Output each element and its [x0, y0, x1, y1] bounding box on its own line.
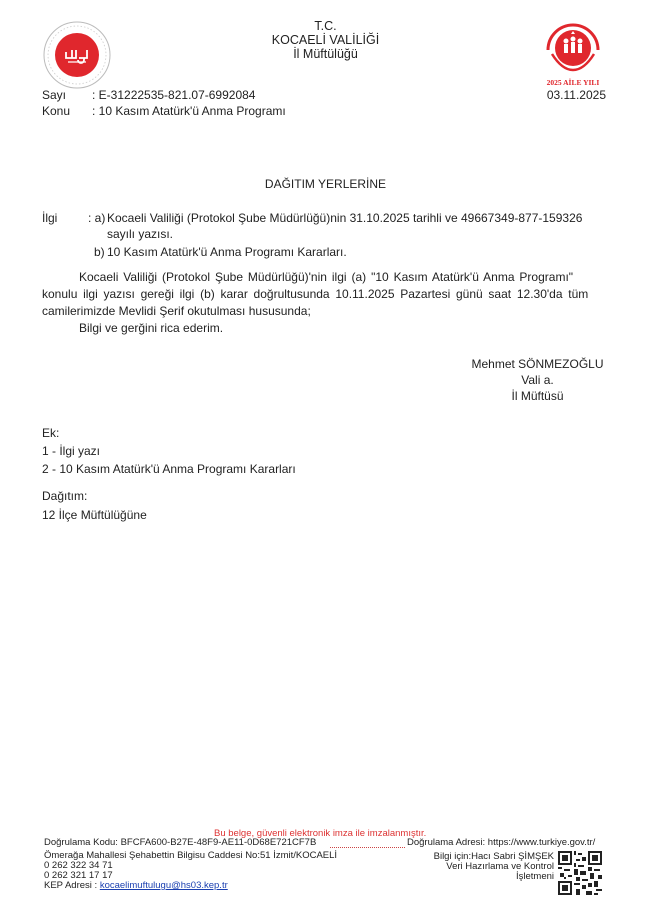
konu-label: Konu [42, 103, 92, 119]
signature-name: Mehmet SÖNMEZOĞLU [470, 356, 605, 372]
attachments-label: Ek: [42, 425, 59, 441]
kep-label: KEP Adresi : [44, 880, 100, 891]
ilgi-b-marker: b) [94, 244, 105, 260]
signature-title1: Vali a. [470, 372, 605, 388]
konu-value: : 10 Kasım Atatürk'ü Anma Programı [92, 104, 286, 118]
verify-code-text: Doğrulama Kodu: BFCFA600-B27E-48F9-AE11-… [44, 837, 316, 848]
konu-row: Konu: 10 Kasım Atatürk'ü Anma Programı [42, 103, 286, 119]
body-line2: konulu ilgi yazısı gereği ilgi (b) karar… [42, 286, 588, 302]
ilgi-a-marker: : a) [88, 210, 105, 226]
document-date: 03.11.2025 [547, 87, 606, 103]
signature-title2: İl Müftüsü [470, 388, 605, 404]
aile-yili-caption: 2025 AİLE YILI [538, 78, 608, 87]
distribution-item: 12 İlçe Müftülüğüne [42, 507, 147, 523]
verify-address[interactable]: Doğrulama Adresi: https://www.turkiye.go… [407, 838, 595, 849]
aile-yili-logo-icon: 2025 AİLE YILI [538, 20, 608, 88]
distribution-label: Dağıtım: [42, 488, 87, 504]
sayi-label: Sayı [42, 87, 92, 103]
ilgi-a-line1: Kocaeli Valiliği (Protokol Şube Müdürlüğ… [107, 210, 582, 226]
sayi-row: Sayı: E-31222535-821.07-6992084 [42, 87, 255, 103]
qr-code-icon [558, 851, 602, 895]
body-line1: Kocaeli Valiliği (Protokol Şube Müdürlüğ… [79, 269, 573, 285]
body-line3: camilerimizde Mevlidi Şerif okutulması h… [42, 303, 311, 319]
ilgi-label: İlgi [42, 210, 57, 226]
body-closing: Bilgi ve gerğini rica ederim. [79, 320, 223, 336]
info-role-line2: İşletmeni [516, 872, 554, 883]
kep-link[interactable]: kocaelimuftulugu@hs03.kep.tr [100, 880, 228, 891]
sayi-value: : E-31222535-821.07-6992084 [92, 88, 255, 102]
ilgi-a-line2: sayılı yazısı. [107, 226, 173, 242]
dotted-separator [330, 847, 405, 848]
attachment-item: 2 - 10 Kasım Atatürk'ü Anma Programı Kar… [42, 461, 296, 477]
attachment-item: 1 - İlgi yazı [42, 443, 100, 459]
verify-code: Doğrulama Kodu: BFCFA600-B27E-48F9-AE11-… [44, 838, 316, 849]
kep-row: KEP Adresi : kocaelimuftulugu@hs03.kep.t… [44, 881, 228, 892]
addressee: DAĞITIM YERLERİNE [0, 176, 651, 192]
ilgi-b-text: 10 Kasım Atatürk'ü Anma Programı Kararla… [107, 244, 347, 260]
